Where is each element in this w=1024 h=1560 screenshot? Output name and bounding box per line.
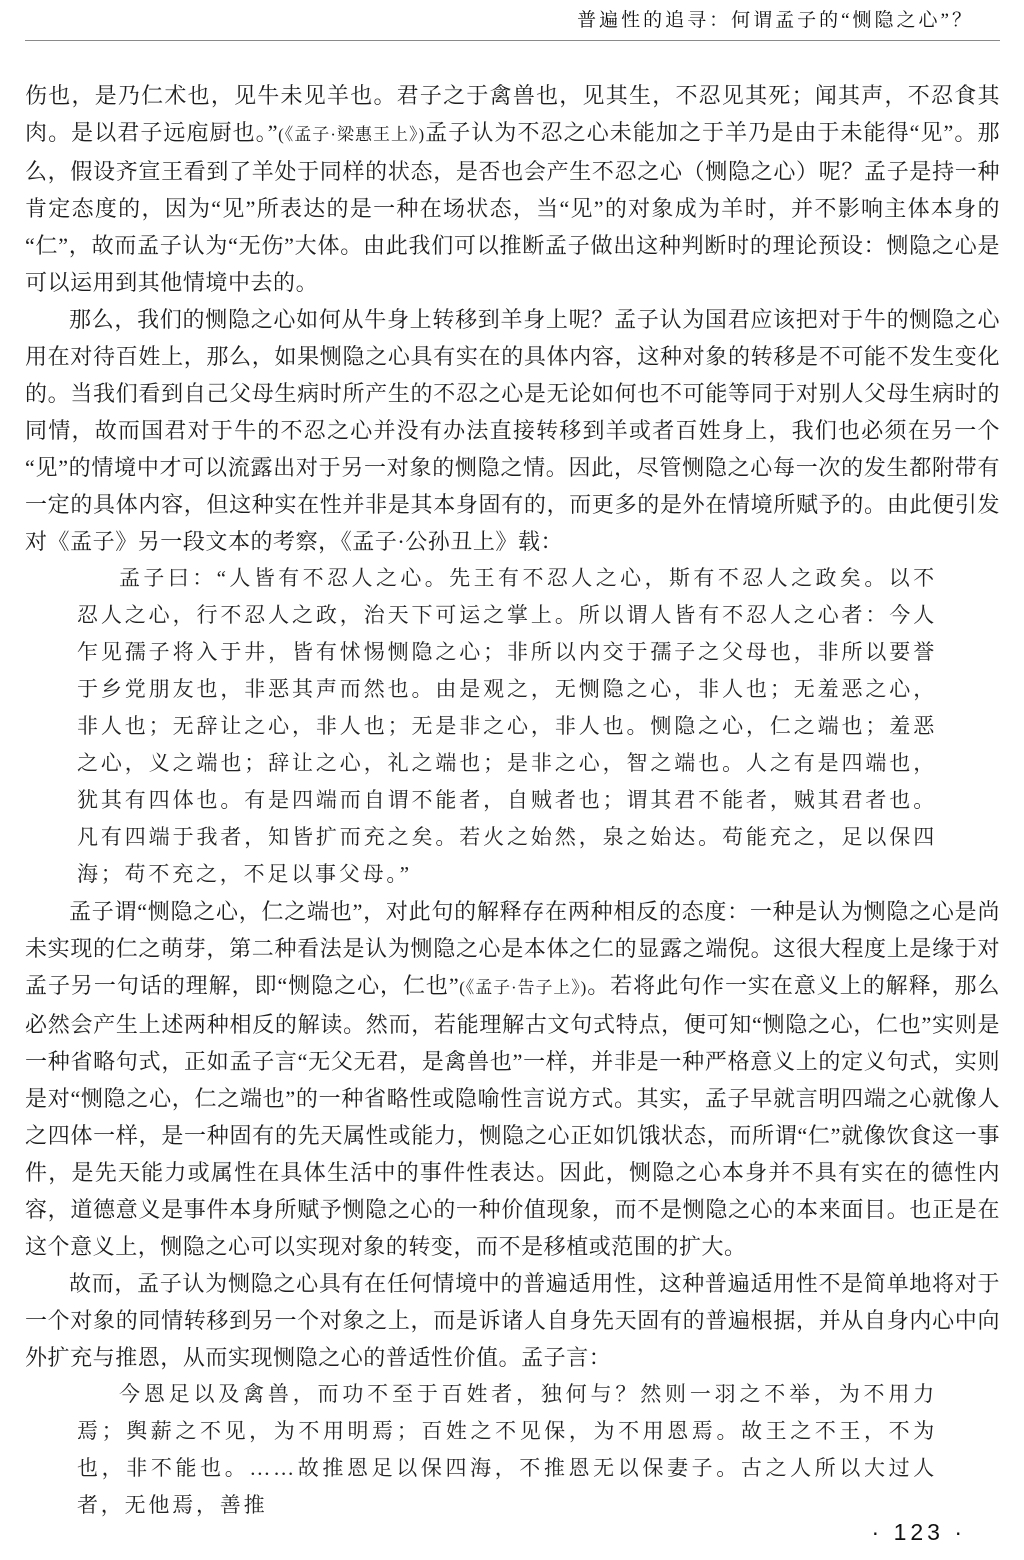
paragraph-continuation: 伤也，是乃仁术也，见牛未见羊也。君子之于禽兽也，见其生，不忍见其死；闻其声，不忍… xyxy=(25,77,1000,301)
citation-mengzi-gaozishang: (《孟子·告子上》) xyxy=(459,978,587,997)
paragraph-two-interpretations: 孟子谓“恻隐之心，仁之端也”，对此句的解释存在两种相反的态度：一种是认为恻隐之心… xyxy=(25,893,1000,1265)
blockquote-mengzi-gongsunchou: 孟子曰：“人皆有不忍人之心。先王有不忍人之心，斯有不忍人之政矣。以不忍人之心，行… xyxy=(77,560,937,893)
page-footer: · 123 · xyxy=(872,1519,966,1546)
page-header: 普遍性的追寻：何谓孟子的“恻隐之心”？ xyxy=(25,0,1000,41)
blockquote-mengzi-extending-grace: 今恩足以及禽兽，而功不至于百姓者，独何与？然则一羽之不举，为不用力焉；舆薪之不见… xyxy=(77,1376,937,1524)
page-body: 伤也，是乃仁术也，见牛未见羊也。君子之于禽兽也，见其生，不忍见其死；闻其声，不忍… xyxy=(25,77,1000,1524)
paragraph-text: 孟子认为不忍之心未能加之于羊乃是由于未能得“见”。那么，假设齐宣王看到了羊处于同… xyxy=(25,120,1000,295)
citation-mengzi-lianghuiwang: (《孟子·梁惠王上》) xyxy=(278,125,425,144)
running-title: 普遍性的追寻：何谓孟子的“恻隐之心”？ xyxy=(25,8,1000,34)
book-page: 普遍性的追寻：何谓孟子的“恻隐之心”？ 伤也，是乃仁术也，见牛未见羊也。君子之于… xyxy=(0,0,1024,1560)
page-number: · 123 · xyxy=(872,1519,966,1546)
paragraph-transfer-of-compassion: 那么，我们的恻隐之心如何从牛身上转移到羊身上呢？孟子认为国君应该把对于牛的恻隐之… xyxy=(25,301,1000,560)
paragraph-text: 。若将此句作一实在意义上的解释，那么必然会产生上述两种相反的解读。然而，若能理解… xyxy=(25,973,1000,1259)
paragraph-universal-applicability: 故而，孟子认为恻隐之心具有在任何情境中的普遍适用性，这种普遍适用性不是简单地将对… xyxy=(25,1265,1000,1376)
